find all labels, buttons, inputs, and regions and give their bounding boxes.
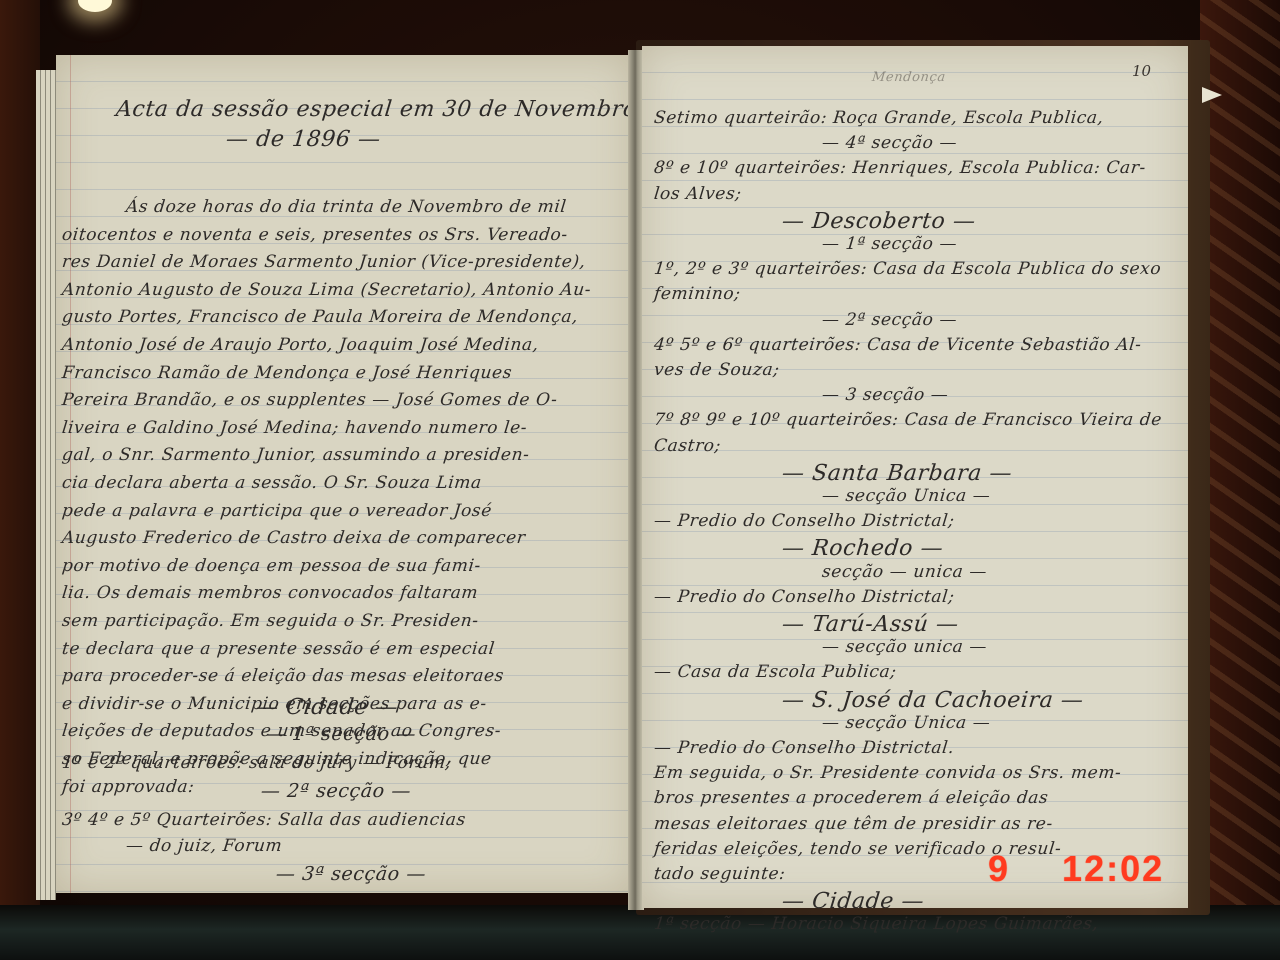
section-heading: — 3 secção — <box>821 385 950 405</box>
right-text-line: tado seguinte: <box>653 864 787 884</box>
right-text-line: — Casa da Escola Publica; <box>653 662 898 682</box>
left-text-line: res Daniel de Moraes Sarmento Junior (Vi… <box>61 252 587 272</box>
left-text-line: Pereira Brandão, e os supplentes — José … <box>61 390 559 410</box>
left-text-line: foi approvada: <box>61 777 196 797</box>
light-reflection <box>78 0 112 12</box>
page-number: 10 <box>1132 62 1151 80</box>
left-text-line: Ás doze horas do dia trinta de Novembro … <box>125 197 568 217</box>
right-text-line: Castro; <box>653 436 722 456</box>
background-wall <box>0 0 40 960</box>
district-heading: — S. José da Cachoeira — <box>781 688 1085 713</box>
left-text-line: para proceder-se á eleição das mesas ele… <box>61 666 505 686</box>
right-text-line: bros presentes a procederem á eleição da… <box>653 788 1049 808</box>
left-text-line: te declara que a presente sessão é em es… <box>61 639 496 659</box>
district-heading: — Santa Barbara — <box>781 461 1014 486</box>
section-location: 1º e 2º quarteirões: sala do jury — Foru… <box>61 753 453 773</box>
left-text-line: Francisco Ramão de Mendonça e José Henri… <box>61 363 513 383</box>
right-page: Mendonça 10 Setimo quarteirão: Roça Gran… <box>642 46 1188 908</box>
district-heading: — Rochedo — <box>781 536 945 561</box>
right-text-line: Em seguida, o Sr. Presidente convida os … <box>653 763 1123 783</box>
background-carpet <box>1200 0 1280 960</box>
right-text-line: 4º 5º e 6º quarteirões: Casa de Vicente … <box>653 335 1143 355</box>
left-text-line: Augusto Frederico de Castro deixa de com… <box>61 528 527 548</box>
right-text-line: feminino; <box>653 284 742 304</box>
section-heading: — 3ª secção — <box>275 863 427 885</box>
left-text-line: gusto Portes, Francisco de Paula Moreira… <box>61 307 579 327</box>
left-text-line: sem participação. Em seguida o Sr. Presi… <box>61 611 480 631</box>
district-heading: — Descoberto — <box>781 209 977 234</box>
header-note: Mendonça <box>871 70 946 85</box>
section-heading: — 4ª secção — <box>821 133 958 153</box>
page-stack-edge <box>36 70 56 900</box>
right-text-line: mesas eleitoraes que têm de presidir as … <box>653 814 1054 834</box>
right-text-line: 8º e 10º quarteirões: Henriques, Escola … <box>653 158 1147 178</box>
left-text-line: lia. Os demais membros convocados faltar… <box>61 583 479 603</box>
section-heading: — secção Unica — <box>821 713 991 733</box>
left-text-line: liveira e Galdino José Medina; havendo n… <box>61 418 528 438</box>
right-text-line: 7º 8º 9º e 10º quarteirões: Casa de Fran… <box>653 410 1163 430</box>
left-text-line: oitocentos e noventa e seis, presentes o… <box>61 225 569 245</box>
right-text-line: — Predio do Conselho Districtal; <box>653 511 956 531</box>
left-text-line: por motivo de doença em pessoa de sua fa… <box>61 556 482 576</box>
left-text-line: pede a palavra e participa que o vereado… <box>61 501 493 521</box>
minutes-year: — de 1896 — <box>225 127 382 152</box>
section-heading: — secção unica — <box>821 637 988 657</box>
right-text-line: los Alves; <box>653 184 743 204</box>
section-heading: — 1ª secção — <box>821 234 958 254</box>
section-heading: secção — unica — <box>821 562 988 582</box>
left-page: Acta da sessão especial em 30 de Novembr… <box>56 55 632 893</box>
camera-timestamp: 9 12:02 <box>988 848 1164 890</box>
right-text-line: ves de Souza; <box>653 360 781 380</box>
section-location: — do juiz, Forum <box>125 836 283 856</box>
section-heading: — 2ª secção — <box>260 780 412 802</box>
right-text-line: 1ª secção — Horacio Siqueira Lopes Guima… <box>653 914 1100 934</box>
district-heading: — Cidade — <box>781 889 926 914</box>
timestamp-time: 12:02 <box>1062 848 1164 890</box>
left-text-line: gal, o Snr. Sarmento Junior, assumindo a… <box>61 445 531 465</box>
left-text-line: Antonio José de Araujo Porto, Joaquim Jo… <box>61 335 540 355</box>
section-location: 3º 4º e 5º Quarteirões: Salla das audien… <box>61 810 467 830</box>
left-text-line: cia declara aberta a sessão. O Sr. Souza… <box>61 473 483 493</box>
district-heading: — Tarú-Assú — <box>781 612 960 637</box>
section-heading: — secção Unica — <box>821 486 991 506</box>
section-heading: — 1ª secção — <box>265 723 417 745</box>
minutes-title: Acta da sessão especial em 30 de Novembr… <box>115 97 638 122</box>
right-text-line: — Predio do Conselho Districtal; <box>653 587 956 607</box>
right-text-line: 1º, 2º e 3º quarteirões: Casa da Escola … <box>653 259 1162 279</box>
right-text-line: — Predio do Conselho Districtal. <box>653 738 955 758</box>
timestamp-day: 9 <box>988 848 1010 890</box>
section-heading: — 2ª secção — <box>821 310 958 330</box>
left-text-line: Antonio Augusto de Souza Lima (Secretari… <box>61 280 592 300</box>
right-text-line: Setimo quarteirão: Roça Grande, Escola P… <box>653 108 1105 128</box>
page-tab-marker <box>1202 87 1222 103</box>
section-heading: — Cidade — <box>255 695 400 720</box>
